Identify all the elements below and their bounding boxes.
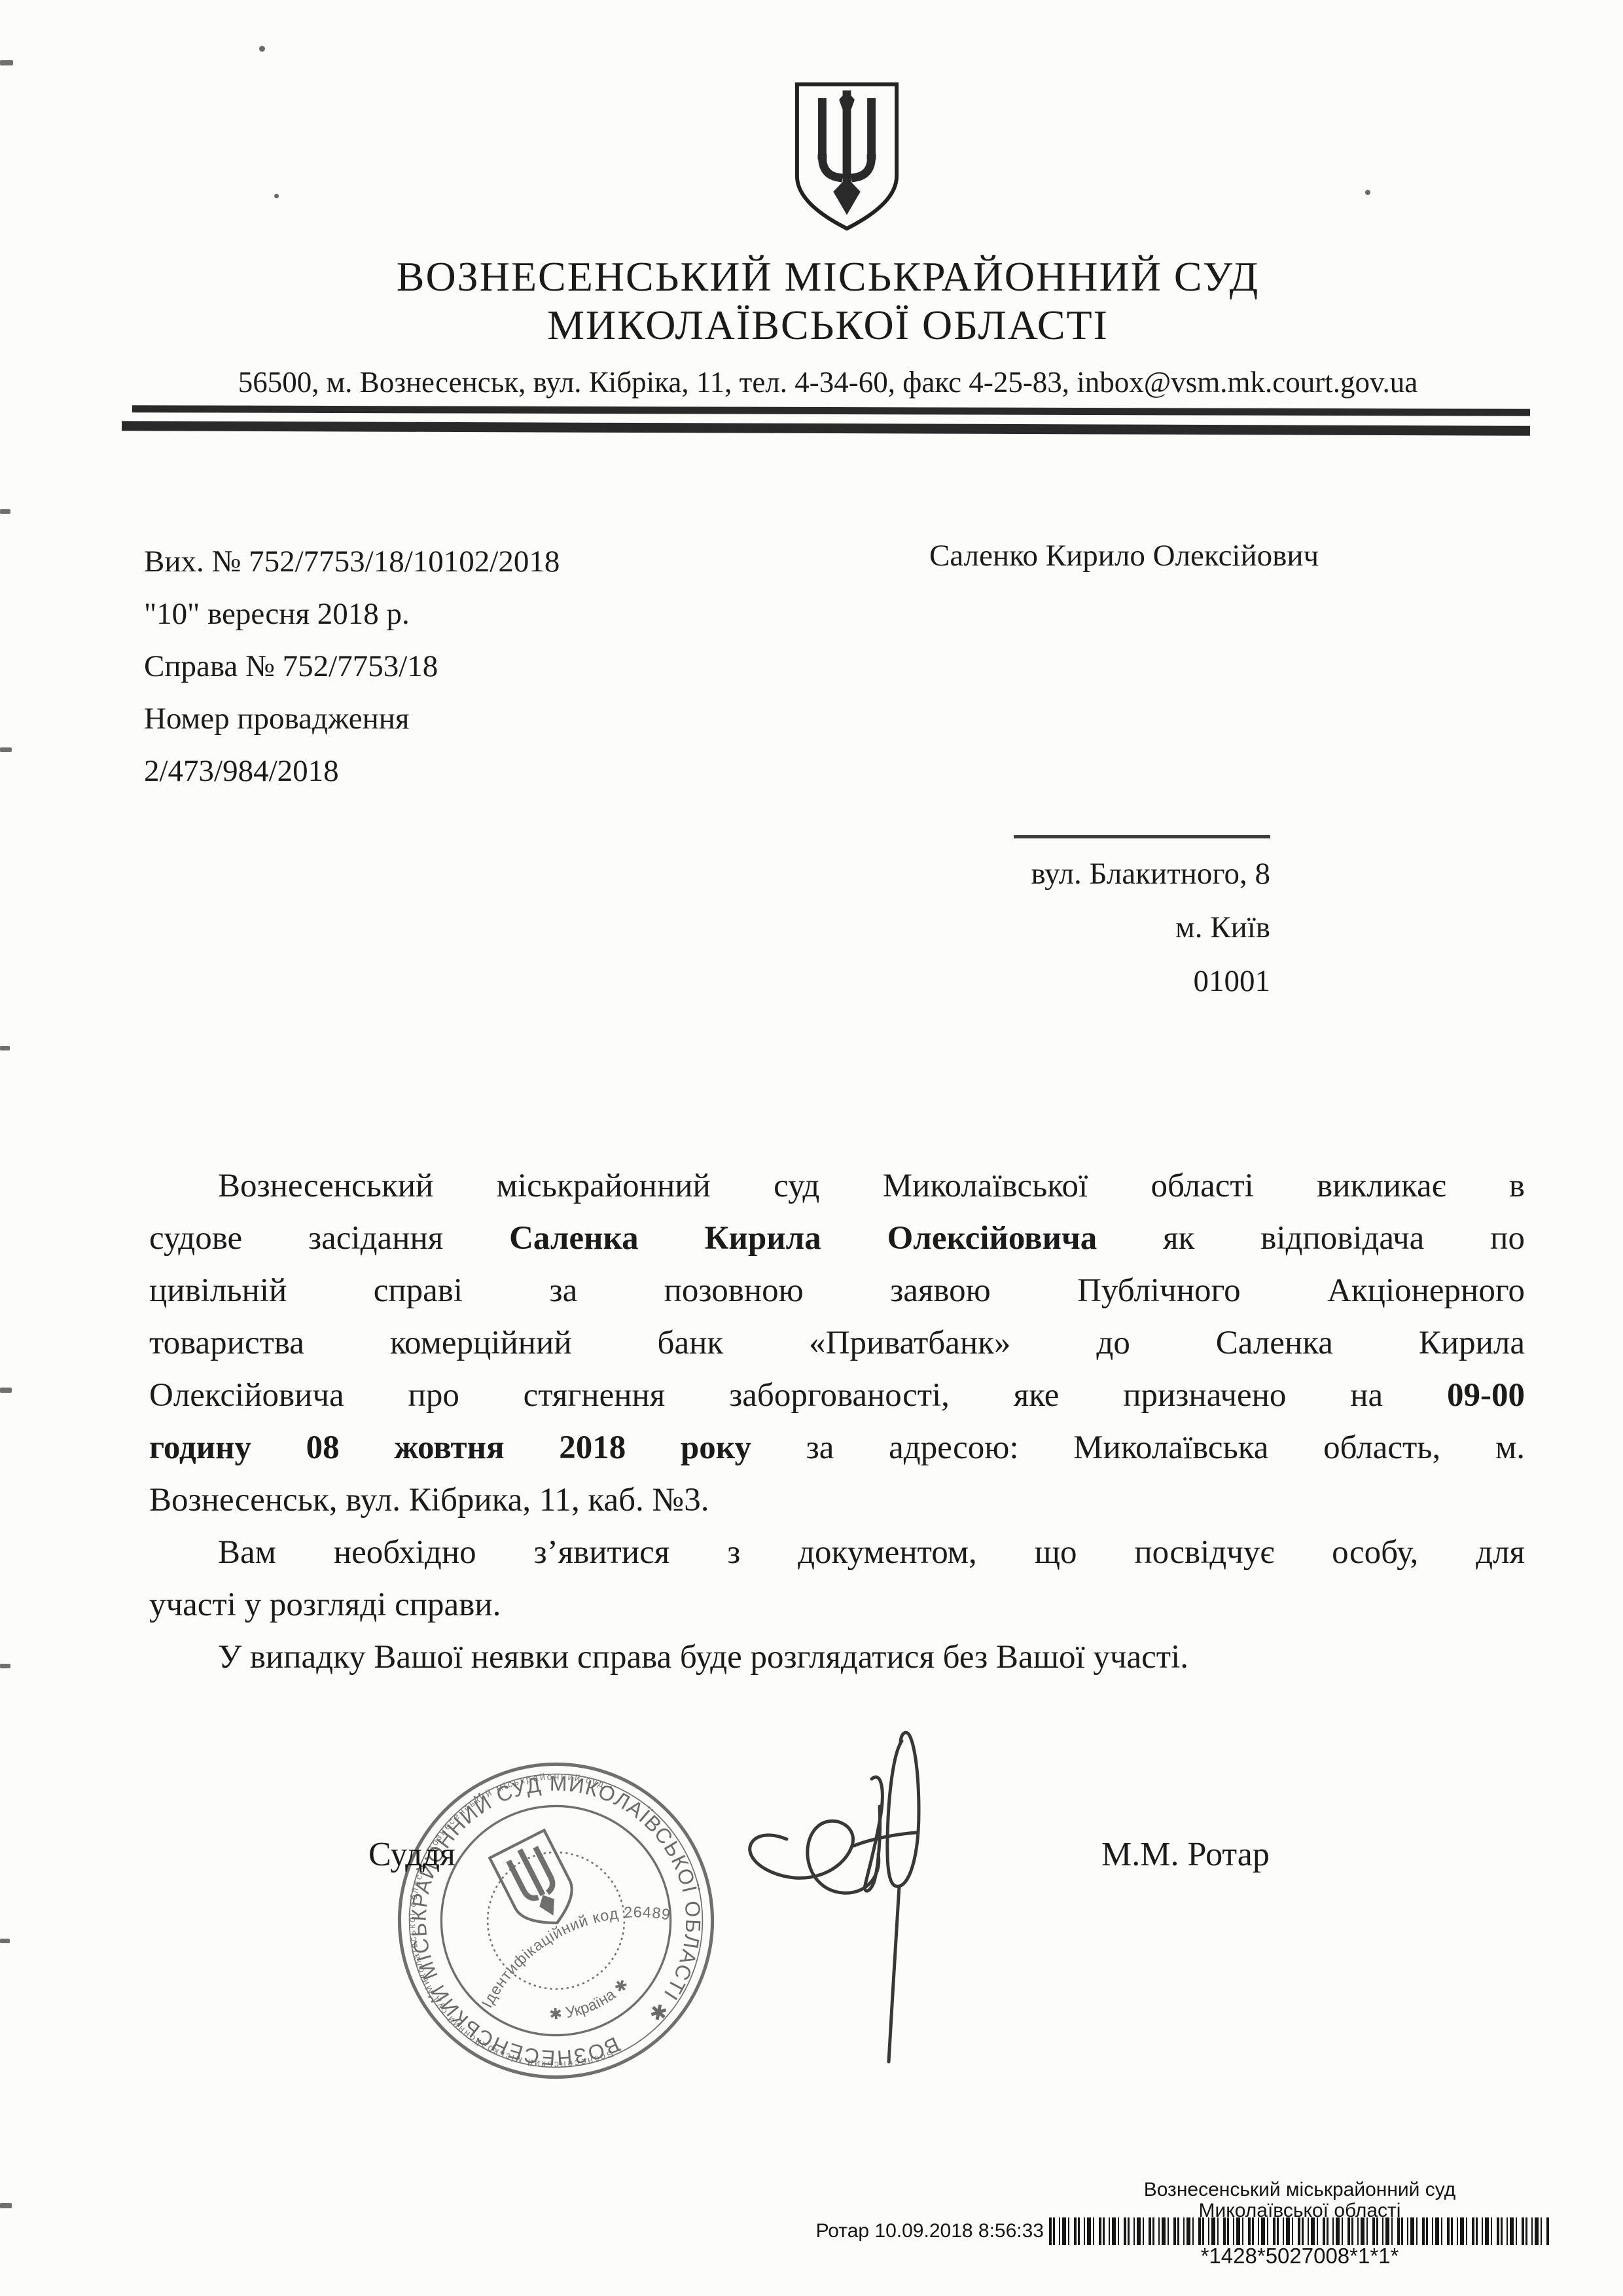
judge-name: М.М. Ротар (1101, 1835, 1270, 1874)
letter-date: "10" вересня 2018 р. (144, 588, 560, 640)
addressee-postal-code: 01001 (785, 954, 1270, 1008)
case-number: Справа № 752/7753/18 (144, 640, 560, 692)
scan-artifact (0, 1388, 12, 1393)
body-line: У випадку Вашої неявки справа буде розгл… (149, 1631, 1525, 1683)
header-rule-bottom (122, 421, 1530, 436)
scan-artifact (259, 46, 265, 52)
signing-info: Ротар 10.09.2018 8:56:33 (720, 2220, 1044, 2242)
proceeding-label: Номер провадження (144, 692, 560, 745)
body-line: товариства комерційний банк «Приватбанк»… (149, 1317, 1525, 1369)
court-name-block: ВОЗНЕСЕНСЬКИЙ МІСЬКРАЙОННИЙ СУД МИКОЛАЇВ… (111, 253, 1544, 350)
proceeding-number: 2/473/984/2018 (144, 745, 560, 797)
body-line: участі у розгляді справи. (149, 1579, 1525, 1631)
footer-court-line1: Вознесенський міськрайонний суд (1049, 2179, 1550, 2200)
body-line: годину 08 жовтня 2018 року за адресою: М… (149, 1422, 1525, 1474)
stamp-country-text: ✱ Україна ✱ (543, 1969, 635, 2034)
body-paragraph: Вознесенський міськрайонний суд Миколаїв… (149, 1160, 1525, 1683)
scan-artifact (0, 747, 12, 752)
scan-artifact (1365, 190, 1370, 195)
footer-court-name: Вознесенський міськрайонний суд Миколаїв… (1049, 2179, 1550, 2221)
court-contact-line: 56500, м. Вознесенськ, вул. Кібріка, 11,… (111, 365, 1544, 399)
scan-artifact (0, 60, 13, 65)
scan-artifact (0, 509, 10, 514)
body-line: судове засідання Саленка Кирила Олексійо… (149, 1212, 1525, 1265)
body-line: Вам необхідно з’явитися з документом, що… (149, 1526, 1525, 1579)
svg-text:✱ Україна ✱: ✱ Україна ✱ (543, 1969, 635, 2034)
outgoing-number: Вих. № 752/7753/18/10102/2018 (144, 535, 560, 588)
reference-block: Вих. № 752/7753/18/10102/2018 "10" верес… (144, 535, 560, 797)
barcode (1049, 2217, 1549, 2245)
addressee-name: Саленко Кирило Олексійович (929, 538, 1319, 573)
body-line: цивільній справі за позовною заявою Публ… (149, 1265, 1525, 1317)
scan-artifact (0, 1664, 10, 1668)
court-round-stamp: • Вознесенський міськрайонний суд Микола… (391, 1755, 721, 2086)
addressee-underline (1014, 835, 1270, 838)
addressee-street: вул. Блакитного, 8 (785, 847, 1270, 901)
scan-artifact (0, 1046, 10, 1050)
judge-signature-scribble (707, 1715, 1008, 2108)
scan-artifact (274, 194, 279, 198)
court-name-line2: МИКОЛАЇВСЬКОЇ ОБЛАСТІ (111, 301, 1544, 350)
scan-artifact (0, 1939, 10, 1943)
body-line: Вознесенський міськрайонний суд Миколаїв… (149, 1160, 1525, 1212)
barcode-value: *1428*5027008*1*1* (1049, 2244, 1550, 2269)
addressee-address-block: вул. Блакитного, 8 м. Київ 01001 (785, 847, 1270, 1008)
body-line: Олексійовича про стягнення заборгованост… (149, 1369, 1525, 1422)
ukraine-trident-emblem-icon (792, 80, 902, 233)
scanned-court-letter-page: ВОЗНЕСЕНСЬКИЙ МІСЬКРАЙОННИЙ СУД МИКОЛАЇВ… (0, 0, 1623, 2296)
court-name-line1: ВОЗНЕСЕНСЬКИЙ МІСЬКРАЙОННИЙ СУД (111, 253, 1544, 301)
scan-artifact (0, 2203, 12, 2208)
header-rule-top (132, 405, 1530, 416)
body-line: Вознесенськ, вул. Кібрика, 11, каб. №3. (149, 1474, 1525, 1526)
addressee-city: м. Київ (785, 901, 1270, 954)
